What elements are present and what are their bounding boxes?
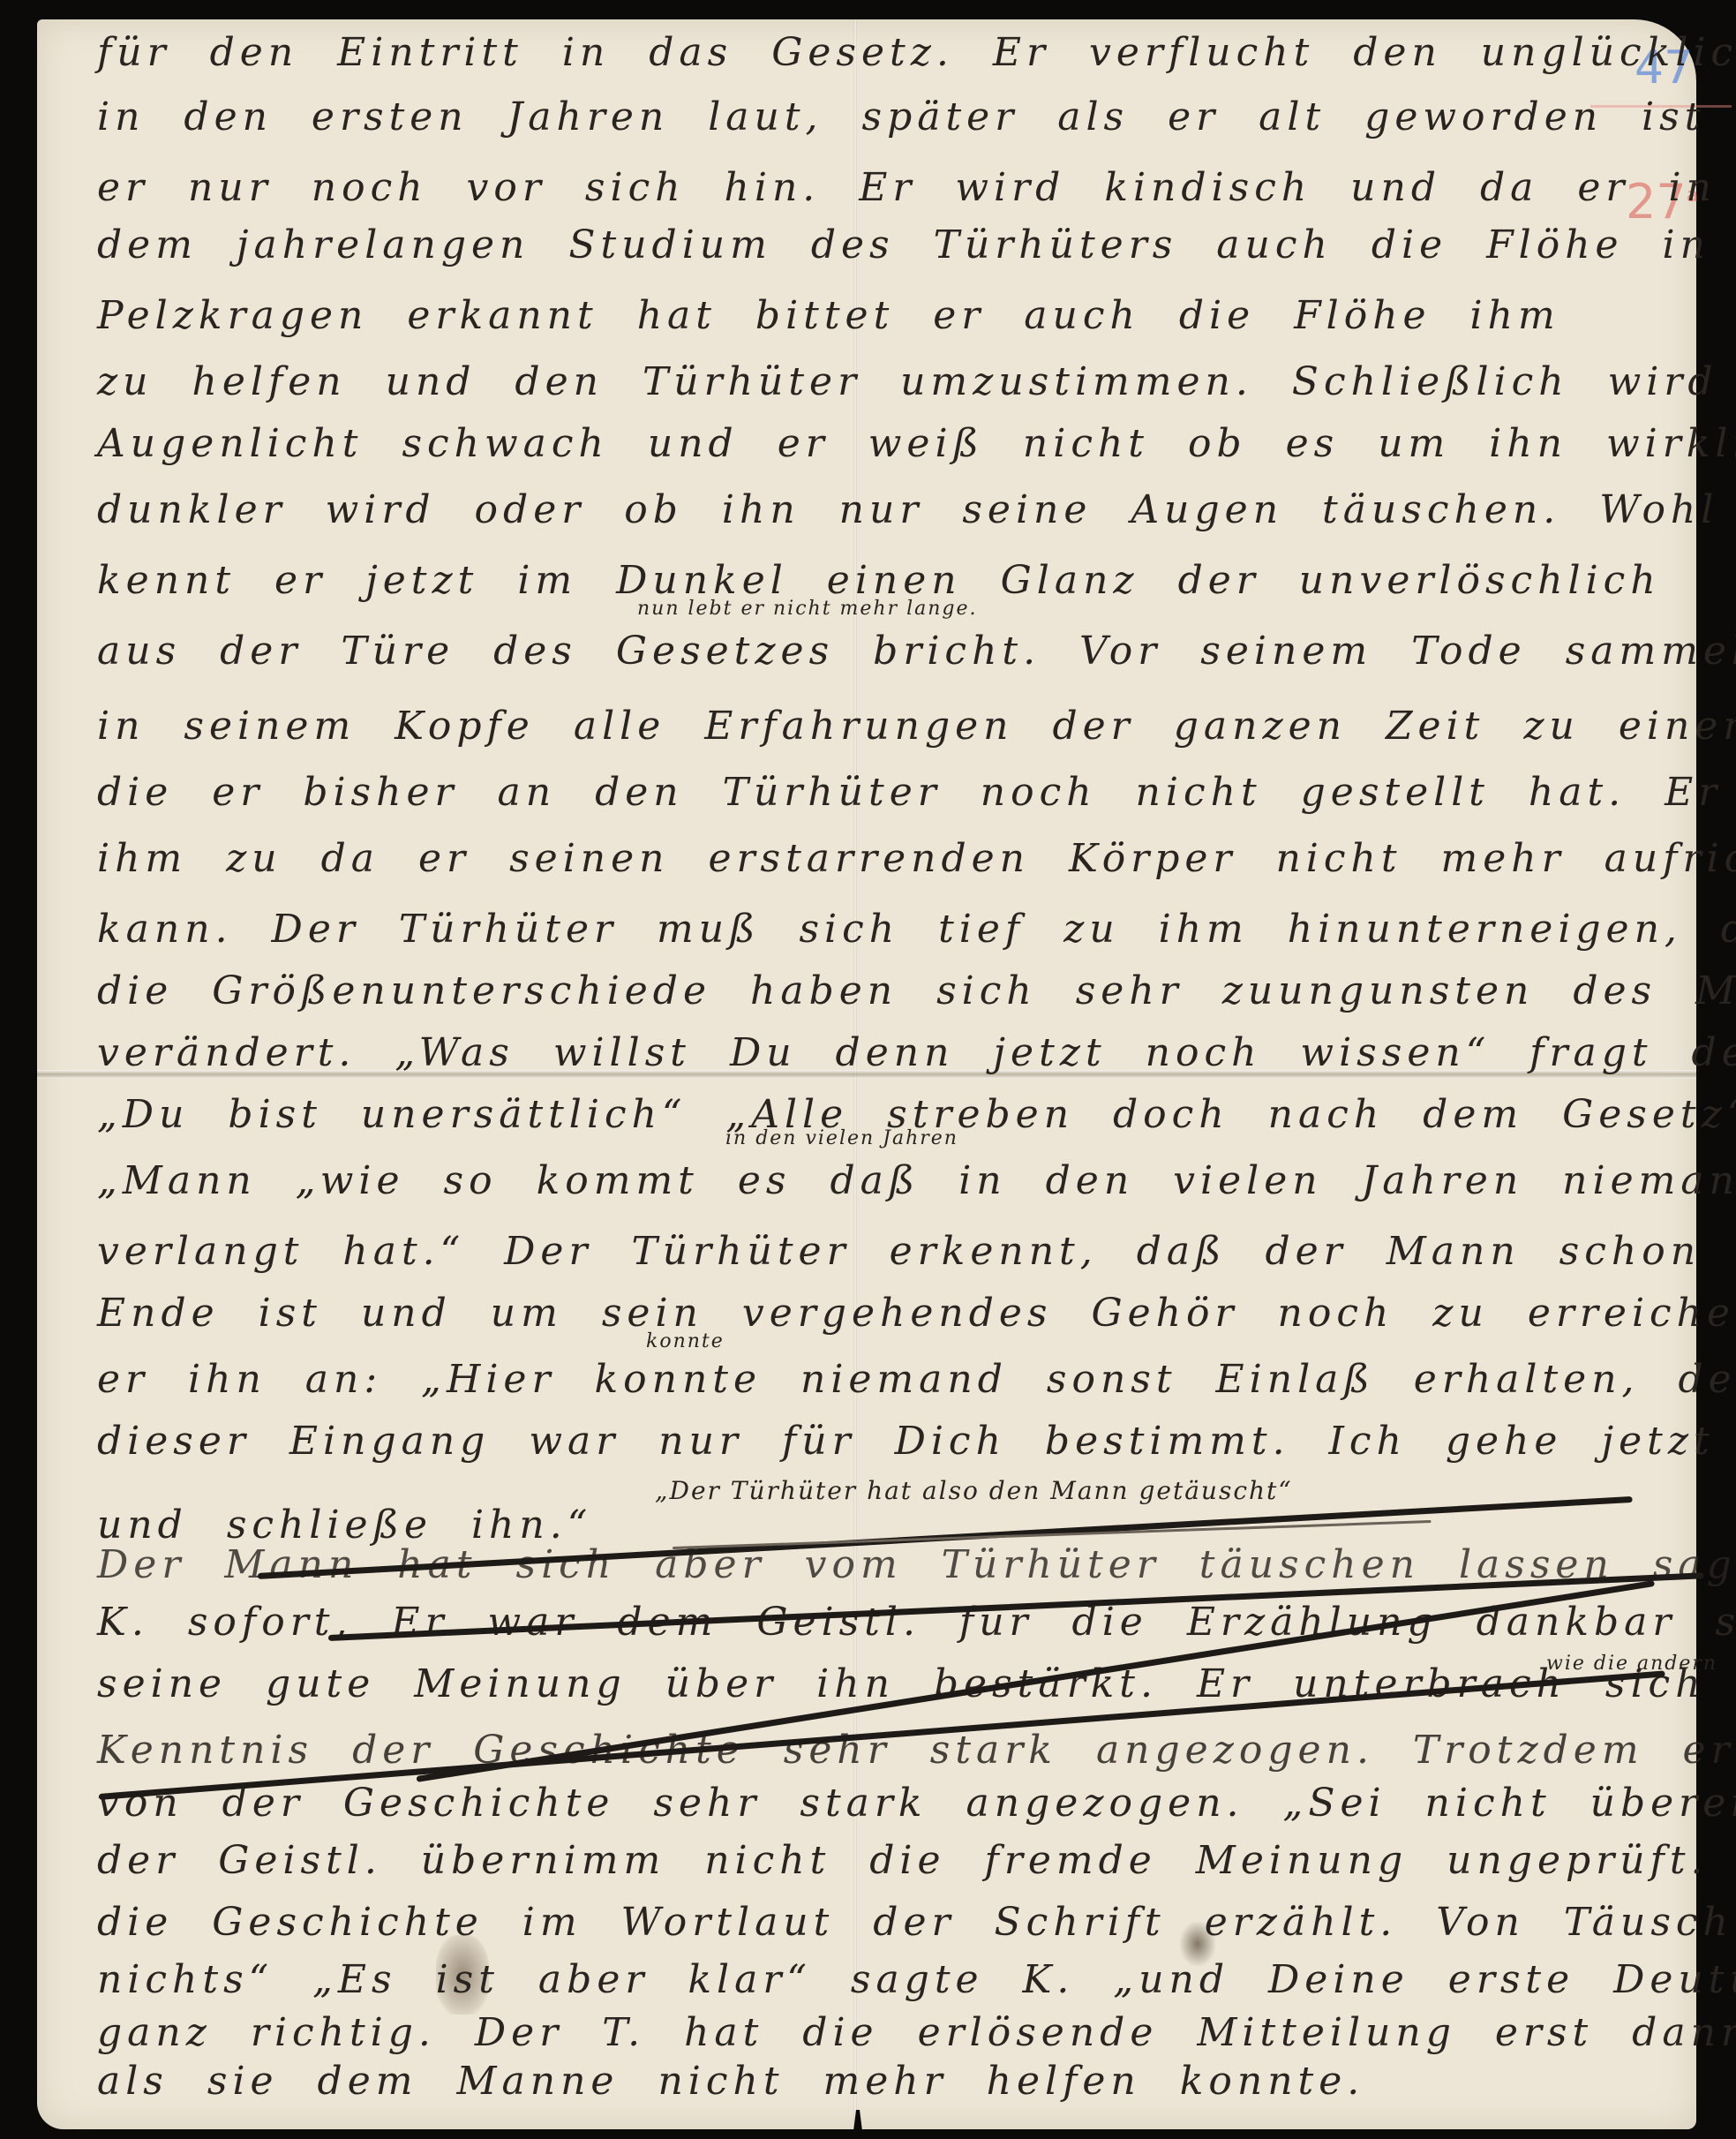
- manuscript-line: er nur noch vor sich hin. Er wird kindis…: [97, 165, 1717, 210]
- manuscript-line: und schließe ihn.“: [97, 1503, 592, 1548]
- manuscript-line: zu helfen und den Türhüter umzustimmen. …: [97, 359, 1736, 404]
- manuscript-line: in seinem Kopfe alle Erfahrungen der gan…: [97, 704, 1736, 749]
- manuscript-line: er ihn an: „Hier konnte niemand sonst Ei…: [97, 1357, 1736, 1402]
- manuscript-line: die Größenunterschiede haben sich sehr z…: [97, 968, 1736, 1013]
- manuscript-line: Augenlicht schwach und er weiß nicht ob …: [97, 421, 1736, 466]
- manuscript-line: die er bisher an den Türhüter noch nicht…: [97, 770, 1736, 815]
- interlinear-insertion: wie die andern: [1546, 1653, 1717, 1675]
- manuscript-line: verlangt hat.“ Der Türhüter erkennt, daß…: [97, 1229, 1736, 1274]
- manuscript-line: als sie dem Manne nicht mehr helfen konn…: [97, 2059, 1364, 2104]
- manuscript-line: ganz richtig. Der T. hat die erlösende M…: [97, 2010, 1736, 2055]
- interlinear-insertion: nun lebt er nicht mehr lange.: [637, 598, 978, 620]
- manuscript-line: von der Geschichte sehr stark angezogen.…: [97, 1781, 1736, 1826]
- interlinear-insertion: in den vielen Jahren: [725, 1127, 958, 1149]
- manuscript-line: dieser Eingang war nur für Dich bestimmt…: [97, 1419, 1715, 1464]
- manuscript-line: „Mann „wie so kommt es daß in den vielen…: [97, 1158, 1736, 1203]
- manuscript-line: der Geistl. übernimm nicht die fremde Me…: [97, 1838, 1736, 1883]
- manuscript-line: dunkler wird oder ob ihn nur seine Augen…: [97, 487, 1736, 532]
- manuscript-line: die Geschichte im Wortlaut der Schrift e…: [97, 1900, 1736, 1945]
- manuscript-line: aus der Türe des Gesetzes bricht. Vor se…: [97, 629, 1736, 674]
- manuscript-line: Ende ist und um sein vergehendes Gehör n…: [97, 1291, 1736, 1336]
- manuscript-line: nichts“ „Es ist aber klar“ sagte K. „und…: [97, 1957, 1736, 2002]
- manuscript-line: ihm zu da er seinen erstarrenden Körper …: [97, 836, 1736, 881]
- manuscript-line: verändert. „Was willst Du denn jetzt noc…: [97, 1030, 1736, 1075]
- manuscript-line: für den Eintritt in das Gesetz. Er verfl…: [97, 30, 1736, 75]
- interlinear-insertion: „Der Türhüter hat also den Mann getäusch…: [655, 1476, 1293, 1505]
- manuscript-line: in den ersten Jahren laut, später als er…: [97, 94, 1736, 139]
- manuscript-line: Pelzkragen erkannt hat bittet er auch di…: [97, 293, 1560, 338]
- manuscript-line: kennt er jetzt im Dunkel einen Glanz der…: [97, 558, 1661, 603]
- manuscript-line: dem jahrelangen Studium des Türhüters au…: [97, 222, 1736, 267]
- manuscript-sheet: 47 27a für den Eintritt in das Gesetz. E…: [37, 19, 1696, 2129]
- manuscript-line-deleted: Der Mann hat sich aber vom Türhüter täus…: [97, 1542, 1736, 1587]
- interlinear-insertion: konnte: [646, 1330, 725, 1352]
- manuscript-line: kann. Der Türhüter muß sich tief zu ihm …: [97, 907, 1736, 952]
